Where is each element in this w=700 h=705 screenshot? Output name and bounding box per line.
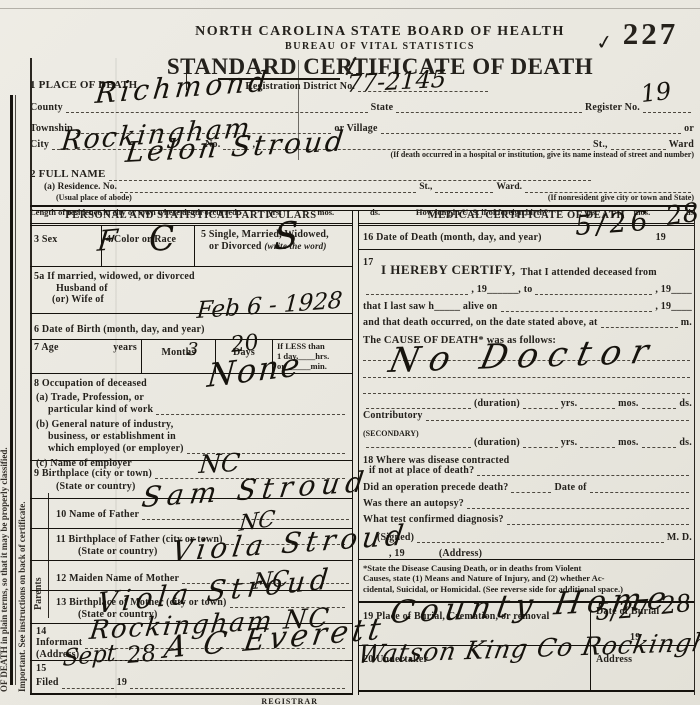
father-name-label: 10 Name of Father bbox=[56, 509, 139, 529]
last-saw-label: that I last saw h_____ alive on bbox=[363, 301, 498, 313]
margin-instruction-line1: OF DEATH in plain terms, so that it may … bbox=[0, 447, 9, 692]
hw-age-months: 3 bbox=[187, 341, 198, 359]
county-label: County bbox=[30, 102, 63, 114]
if-married-label: 5a If married, widowed, or divorced bbox=[34, 271, 352, 283]
registrar-label: REGISTRAR bbox=[261, 697, 318, 705]
age-label: 7 Age bbox=[34, 342, 59, 354]
item-17-row: 17 bbox=[359, 250, 694, 261]
duration-row-1: (duration) yrs. mos. ds. bbox=[359, 394, 694, 409]
last-saw-row: that I last saw h_____ alive on , 19____ bbox=[359, 295, 694, 312]
residence-no-field bbox=[120, 184, 416, 193]
duration1-label: (duration) bbox=[474, 398, 520, 410]
duration2-label: (duration) bbox=[474, 437, 520, 449]
hw-color: C bbox=[148, 221, 176, 257]
residence-notes-row: (Usual place of abode) (If nonresident g… bbox=[30, 193, 694, 203]
contributory-label: Contributory bbox=[363, 410, 423, 422]
village-field bbox=[381, 125, 682, 134]
where-label2: if not at place of death? bbox=[369, 465, 474, 477]
decorative: which employed (or employer) bbox=[34, 442, 348, 454]
sex-label: 3 Sex bbox=[34, 234, 58, 245]
duration1-mos: mos. bbox=[618, 398, 639, 410]
marital-label2: or Divorced bbox=[209, 241, 262, 252]
certify-bold: I HEREBY CERTIFY, bbox=[381, 263, 516, 278]
from-field bbox=[366, 286, 468, 295]
sex-cell: 3 Sex bbox=[30, 226, 102, 266]
duration-row-2: (duration) yrs. mos. ds. bbox=[359, 432, 694, 448]
hw-sex: F bbox=[96, 226, 119, 256]
last-saw-field bbox=[501, 303, 653, 312]
operation-row: Did an operation precede death? Date of bbox=[359, 476, 694, 493]
hw-filed-year: 28 bbox=[126, 643, 157, 668]
residence-label: (a) Residence. No. bbox=[44, 182, 117, 193]
md-label: M. D. bbox=[667, 532, 692, 544]
residence-row: (a) Residence. No. St., Ward. bbox=[30, 181, 694, 193]
occ-a-line2: particular kind of work bbox=[34, 404, 153, 416]
duration1-ds: ds. bbox=[679, 398, 692, 410]
state-label: State bbox=[371, 102, 394, 114]
test-field bbox=[507, 516, 689, 525]
occurred-label: and that death occurred, on the date sta… bbox=[363, 317, 598, 329]
register-no-label: Register No. bbox=[585, 102, 640, 114]
hw-filed-month: Sept bbox=[62, 642, 117, 671]
board-of-health-line: NORTH CAROLINA STATE BOARD OF HEALTH bbox=[70, 24, 690, 40]
secondary-row: (SECONDARY) bbox=[359, 421, 694, 432]
dod-19: 19 bbox=[656, 232, 666, 244]
last-saw-19: , 19____ bbox=[655, 301, 692, 313]
street-label: St., bbox=[593, 139, 608, 151]
occupation-row: 8 Occupation of deceased (a) Trade, Prof… bbox=[30, 374, 352, 461]
years-label: years bbox=[113, 342, 137, 354]
duration1-yrs: yrs. bbox=[561, 398, 578, 410]
hw-burial-date: 5/27 bbox=[594, 596, 649, 624]
duration1-yrs-field bbox=[523, 400, 558, 409]
certify-row: I HEREBY CERTIFY, That I attended deceas… bbox=[359, 261, 694, 278]
hw-burial-year: 28 bbox=[659, 591, 692, 618]
disease-contracted-row2: if not at place of death? bbox=[359, 460, 694, 476]
autopsy-row: Was there an autopsy? bbox=[359, 493, 694, 509]
duration2-mos-field bbox=[580, 439, 615, 448]
cause-field-line3 bbox=[363, 378, 690, 394]
signed-field bbox=[417, 534, 664, 543]
occ-b-line1: (b) General nature of industry, bbox=[34, 419, 348, 431]
filed-year-field bbox=[130, 680, 345, 689]
occurred-time-field bbox=[601, 319, 678, 328]
city-label: City bbox=[30, 139, 49, 151]
hw-dod-year: 28 bbox=[664, 200, 700, 230]
autopsy-field bbox=[467, 500, 689, 509]
duration2-blank bbox=[366, 439, 471, 448]
decorative: REGISTRAR bbox=[36, 689, 348, 705]
occ-a-field bbox=[156, 406, 345, 415]
m-label: m. bbox=[681, 317, 692, 329]
footnote-line1: *State the Disease Causing Death, or in … bbox=[363, 563, 690, 573]
hw-date-of-death: 5/26 bbox=[574, 208, 652, 240]
occupation-label: 8 Occupation of deceased bbox=[34, 378, 348, 390]
duration2-ds-field bbox=[642, 439, 677, 448]
duration2-ds: ds. bbox=[679, 437, 692, 449]
occ-b-line3: which employed (or employer) bbox=[34, 443, 184, 455]
sex-color-marital-row: 3 Sex 4 Color or Race 5 Single, Married,… bbox=[30, 226, 352, 267]
certify-rest: That I attended deceased from bbox=[521, 267, 657, 279]
hw-register-no: 19 bbox=[639, 79, 672, 106]
date-of-label: Date of bbox=[554, 482, 586, 494]
duration1-mos-field bbox=[580, 400, 615, 409]
hw-marital: S bbox=[274, 217, 298, 257]
death-occurred-row: and that death occurred, on the date sta… bbox=[359, 312, 694, 328]
personal-header: PERSONAL AND STATISTICAL PARTICULARS bbox=[30, 210, 352, 226]
duration1-blank bbox=[366, 400, 471, 409]
to-label: , 19______, to bbox=[471, 284, 532, 296]
hw-birthplace: NC bbox=[198, 450, 241, 477]
abode-note: (Usual place of abode) bbox=[56, 193, 132, 203]
margin-instruction-line2: Important. See instructions on back of c… bbox=[17, 502, 27, 692]
ward-label: Ward bbox=[669, 139, 694, 151]
filed-date-field bbox=[62, 680, 114, 689]
signed-address-row: , 19 (Address) bbox=[359, 543, 694, 559]
signed-row: (Signed) M. D. bbox=[359, 525, 694, 543]
occ-b-line2: business, or establishment in bbox=[34, 431, 348, 443]
address-note-label: (Address) bbox=[439, 548, 482, 560]
residence-ward-field bbox=[525, 184, 691, 193]
decorative: Filed 19 bbox=[36, 675, 348, 689]
decorative: particular kind of work bbox=[34, 403, 348, 415]
dod-label: 16 Date of Death (month, day, and year) bbox=[363, 232, 542, 250]
or-label: or bbox=[684, 123, 694, 135]
death-certificate-scan: OF DEATH in plain terms, so that it may … bbox=[0, 0, 700, 705]
residence-st-field bbox=[435, 184, 493, 193]
disease-contracted-row1: 18 Where was disease contracted bbox=[359, 448, 694, 460]
full-name-label: 2 FULL NAME bbox=[30, 168, 106, 181]
date-of-birth-row: 6 Date of Birth (month, day, and year) bbox=[30, 314, 352, 340]
duration2-mos: mos. bbox=[618, 437, 639, 449]
residence-st-label: St., bbox=[419, 182, 432, 193]
operation-field bbox=[511, 484, 551, 493]
dob-label: 6 Date of Birth (month, day, and year) bbox=[30, 324, 205, 340]
to-field bbox=[535, 286, 652, 295]
full-name-field bbox=[109, 172, 591, 181]
to-19: , 19____ bbox=[655, 284, 692, 296]
age-months-cell: Months bbox=[142, 340, 216, 373]
certify-from-to-row: , 19______, to , 19____ bbox=[359, 278, 694, 295]
hospital-note: (If death occurred in a hospital or inst… bbox=[390, 150, 694, 160]
contributory-field bbox=[426, 412, 689, 421]
age-years-cell: 7 Age years bbox=[30, 340, 142, 373]
filed-19: 19 bbox=[117, 677, 127, 689]
hw-cause-of-death: No Doctor bbox=[386, 334, 661, 378]
operation-label: Did an operation precede death? bbox=[363, 482, 508, 494]
bureau-line: BUREAU OF VITAL STATISTICS bbox=[70, 41, 690, 52]
scan-top-edge bbox=[0, 8, 700, 9]
left-border-thin bbox=[15, 95, 16, 685]
occ-a-line1: (a) Trade, Profession, or bbox=[34, 392, 348, 404]
where-field bbox=[477, 467, 689, 476]
operation-date-field bbox=[590, 484, 689, 493]
left-border-heavy bbox=[10, 95, 13, 685]
duration1-ds-field bbox=[642, 400, 677, 409]
duration2-yrs: yrs. bbox=[561, 437, 578, 449]
state-field bbox=[396, 104, 582, 113]
ward-field bbox=[611, 141, 666, 150]
duration2-yrs-field bbox=[523, 439, 558, 448]
birthplace-label: 9 Birthplace (city or town) bbox=[34, 468, 152, 480]
residence-ward-label: Ward. bbox=[496, 182, 522, 193]
filed-label: Filed bbox=[36, 677, 59, 689]
contributory-row: Contributory bbox=[359, 409, 694, 421]
hw-registration-district: 77-2145 bbox=[346, 67, 447, 96]
autopsy-label: Was there an autopsy? bbox=[363, 498, 464, 510]
